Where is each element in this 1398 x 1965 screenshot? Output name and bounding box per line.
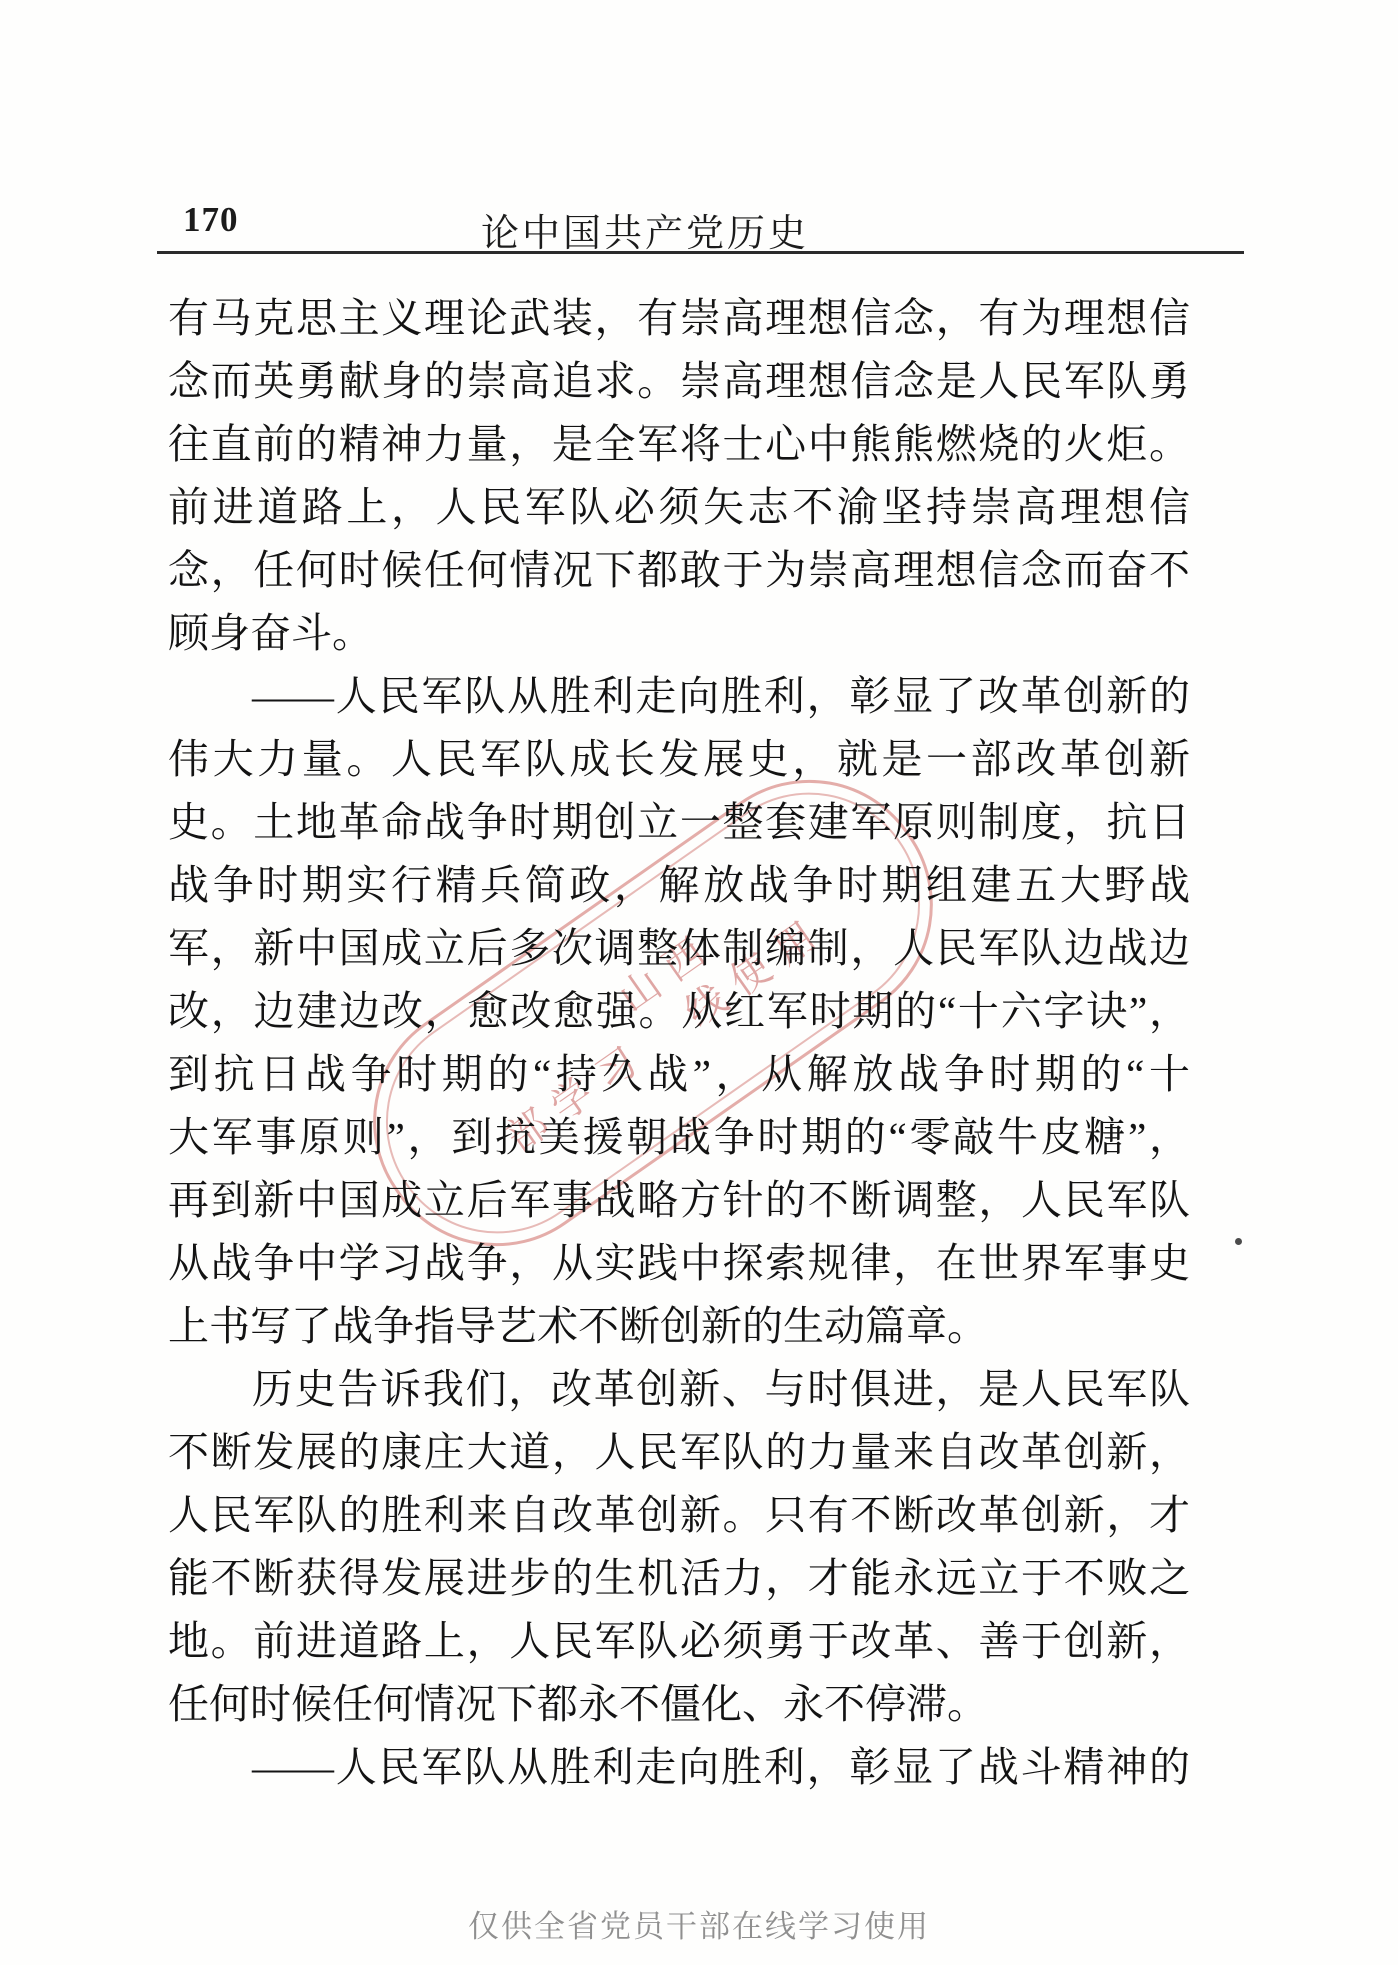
text-line: 改，边建边改，愈改愈强。从红军时期的“十六字诀”，	[168, 980, 1190, 1043]
text-line: 战争时期实行精兵简政，解放战争时期组建五大野战	[168, 854, 1190, 917]
text-line: 有马克思主义理论武装，有崇高理想信念，有为理想信	[168, 287, 1190, 350]
book-page-scan: 170 论中国共产党历史 山西 部学习线使用 有马克思主义理论武装，有崇高理想信…	[0, 0, 1398, 1965]
text-line: 军，新中国成立后多次调整体制编制，人民军队边战边	[168, 917, 1190, 980]
footer-usage-notice: 仅供全省党员干部在线学习使用	[0, 1901, 1398, 1946]
text-line: 念，任何时候任何情况下都敢于为崇高理想信念而奋不	[168, 539, 1190, 602]
text-line: 不断发展的康庄大道，人民军队的力量来自改革创新，	[168, 1421, 1190, 1484]
text-line: 上书写了战争指导艺术不断创新的生动篇章。	[168, 1295, 1190, 1358]
text-line: 人民军队的胜利来自改革创新。只有不断改革创新，才	[168, 1484, 1190, 1547]
text-line: 顾身奋斗。	[168, 602, 1190, 665]
text-line: 前进道路上，人民军队必须矢志不渝坚持崇高理想信	[168, 476, 1190, 539]
text-line: 再到新中国成立后军事战略方针的不断调整，人民军队	[168, 1169, 1190, 1232]
text-line: 能不断获得发展进步的生机活力，才能永远立于不败之	[168, 1547, 1190, 1610]
header-rule	[157, 251, 1244, 254]
text-line: ——人民军队从胜利走向胜利，彰显了战斗精神的	[168, 1736, 1190, 1799]
text-line: 从战争中学习战争，从实践中探索规律，在世界军事史	[168, 1232, 1190, 1295]
text-line: 地。前进道路上，人民军队必须勇于改革、善于创新，	[168, 1610, 1190, 1673]
text-line: 往直前的精神力量，是全军将士心中熊熊燃烧的火炬。	[168, 413, 1190, 476]
text-line: ——人民军队从胜利走向胜利，彰显了改革创新的	[168, 665, 1190, 728]
body-text: 有马克思主义理论武装，有崇高理想信念，有为理想信念而英勇献身的崇高追求。崇高理想…	[168, 287, 1190, 1799]
text-line: 史。土地革命战争时期创立一整套建军原则制度，抗日	[168, 791, 1190, 854]
text-line: 伟大力量。人民军队成长发展史，就是一部改革创新	[168, 728, 1190, 791]
running-header-title: 论中国共产党历史	[0, 202, 1290, 257]
text-line: 到抗日战争时期的“持久战”，从解放战争时期的“十	[168, 1043, 1190, 1106]
text-line: 念而英勇献身的崇高追求。崇高理想信念是人民军队勇	[168, 350, 1190, 413]
text-line: 历史告诉我们，改革创新、与时俱进，是人民军队	[168, 1358, 1190, 1421]
ink-dot-artifact	[1235, 1238, 1242, 1245]
text-line: 大军事原则”，到抗美援朝战争时期的“零敲牛皮糖”，	[168, 1106, 1190, 1169]
text-line: 任何时候任何情况下都永不僵化、永不停滞。	[168, 1673, 1190, 1736]
